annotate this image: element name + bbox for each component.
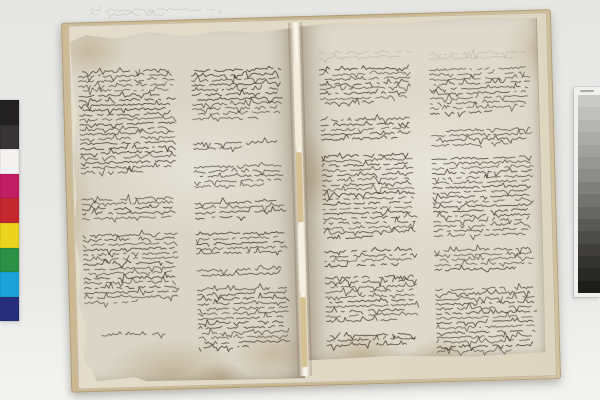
script-line (330, 330, 415, 341)
grayscale-step (578, 207, 600, 219)
grayscale-step-wedge (578, 95, 600, 293)
script-line (436, 301, 531, 313)
text-paragraph (319, 64, 414, 107)
script-line (81, 160, 176, 166)
script-line (434, 227, 528, 234)
script-line (327, 234, 372, 239)
script-line (102, 330, 169, 339)
script-line (431, 140, 512, 149)
script-line (192, 79, 281, 89)
grayscale-step (578, 244, 600, 256)
script-line (326, 292, 415, 301)
script-line (324, 216, 416, 225)
script-line (80, 116, 176, 124)
script-line (197, 265, 286, 276)
script-line (198, 292, 290, 303)
left-page-column-1 (78, 66, 187, 343)
script-line (326, 311, 418, 317)
script-line (321, 130, 410, 136)
script-line (78, 72, 171, 82)
grayscale-step (578, 281, 600, 293)
script-line (195, 216, 249, 222)
script-line (84, 286, 179, 297)
script-line (436, 289, 530, 300)
script-line (80, 121, 175, 128)
text-paragraph (83, 229, 180, 308)
script-line (432, 167, 532, 179)
script-line (83, 229, 177, 239)
script-line (196, 241, 284, 247)
grayscale-step (578, 145, 600, 157)
script-line (431, 111, 493, 118)
script-line (325, 259, 403, 267)
script-line (192, 84, 278, 93)
script-line (83, 247, 178, 256)
script-line (436, 308, 537, 315)
script-line (429, 66, 530, 71)
script-line (79, 76, 174, 84)
grayscale-step (578, 132, 600, 144)
script-line (323, 196, 413, 201)
script-line (85, 299, 138, 308)
script-line (321, 127, 409, 135)
script-line (82, 216, 171, 224)
script-line (437, 329, 535, 336)
script-line (430, 91, 528, 102)
color-patch (0, 125, 19, 150)
script-line (81, 168, 143, 177)
script-line (200, 171, 283, 178)
script-line (199, 333, 288, 341)
script-line (437, 210, 530, 220)
script-line (82, 207, 175, 217)
script-line (193, 137, 281, 148)
script-line (325, 276, 416, 288)
color-patch (0, 248, 19, 273)
script-line (80, 128, 173, 136)
showthrough-lines (429, 48, 526, 61)
script-line (196, 247, 281, 258)
script-line (194, 147, 242, 153)
grayscale-step (578, 268, 600, 280)
text-paragraph (432, 155, 536, 240)
script-line (437, 342, 533, 352)
script-line (319, 53, 403, 63)
script-line (195, 66, 281, 74)
text-paragraph (193, 137, 281, 153)
text-paragraph (321, 114, 410, 141)
left-page-column-2 (191, 65, 295, 355)
script-line (323, 212, 417, 221)
script-line (79, 91, 169, 101)
script-line (194, 167, 280, 177)
text-paragraph (191, 66, 282, 122)
script-line (433, 191, 529, 202)
manuscript-spread (53, 0, 564, 400)
script-line (322, 151, 412, 161)
script-line (432, 159, 531, 167)
script-line (199, 344, 249, 353)
grayscale-step (578, 182, 600, 194)
grayscale-step (578, 107, 600, 119)
color-patch (0, 297, 19, 322)
text-paragraph (197, 265, 286, 277)
text-paragraph (435, 283, 538, 356)
color-calibration-strip (0, 100, 19, 321)
script-line (196, 229, 284, 237)
color-patch (0, 100, 19, 125)
script-line (193, 113, 258, 122)
script-line (84, 258, 174, 269)
script-line (436, 317, 538, 327)
grayscale-step (578, 120, 600, 132)
text-paragraph (78, 66, 178, 177)
script-line (322, 160, 408, 167)
script-line (433, 197, 531, 205)
text-paragraph (196, 229, 287, 257)
grayscale-step (578, 231, 600, 243)
text-paragraph (82, 193, 176, 223)
script-line (83, 85, 168, 95)
text-paragraph (434, 243, 535, 273)
text-paragraph (324, 246, 417, 267)
script-line (436, 293, 535, 305)
color-patch (0, 149, 19, 174)
text-paragraph (327, 330, 416, 350)
script-line (327, 340, 407, 351)
script-line (330, 297, 418, 304)
grayscale-step (578, 169, 600, 181)
script-line (198, 95, 283, 105)
color-patch (0, 223, 19, 248)
grayscale-wedge-card (574, 87, 600, 297)
script-line (205, 339, 290, 345)
script-line (83, 107, 171, 114)
grayscale-step (578, 157, 600, 169)
script-line (323, 180, 412, 188)
script-line (432, 173, 533, 183)
script-line (194, 178, 284, 185)
script-line (196, 236, 282, 244)
color-patch (0, 198, 19, 223)
script-line (324, 222, 415, 232)
text-paragraph (322, 151, 420, 239)
grayscale-step (578, 95, 600, 107)
catchword-line (102, 330, 169, 339)
script-line (326, 301, 419, 310)
script-line (197, 283, 286, 292)
script-line (81, 162, 171, 173)
script-line (434, 231, 525, 241)
script-line (195, 196, 281, 207)
script-line (83, 242, 177, 249)
script-line (435, 264, 521, 273)
right-page-column-1 (319, 47, 425, 353)
script-line (324, 246, 412, 255)
text-paragraph (431, 127, 532, 149)
manuscript-text (53, 0, 564, 400)
script-line (322, 175, 409, 186)
script-line (435, 283, 533, 293)
script-line (433, 178, 530, 184)
grayscale-step (578, 219, 600, 231)
script-line (440, 253, 534, 263)
script-line (320, 88, 411, 97)
showthrough-lines (319, 49, 412, 63)
script-line (194, 162, 286, 170)
script-line (321, 120, 410, 128)
script-line (323, 199, 416, 205)
grayscale-step (578, 256, 600, 268)
script-line (434, 243, 535, 256)
text-paragraph (194, 162, 286, 189)
script-line (84, 272, 175, 284)
right-page-column-2 (429, 48, 544, 359)
script-line (319, 49, 412, 55)
color-patch (0, 272, 19, 297)
script-line (322, 170, 413, 179)
script-line (198, 306, 288, 314)
text-paragraph (197, 283, 290, 352)
text-paragraph (429, 66, 531, 118)
script-line (323, 206, 412, 212)
text-paragraph (195, 196, 286, 222)
wedge-label-mark (580, 90, 594, 93)
script-line (437, 345, 511, 356)
script-line (323, 209, 415, 217)
script-line (326, 315, 401, 323)
script-line (198, 308, 288, 317)
text-paragraph (325, 274, 419, 322)
color-patch (0, 174, 19, 199)
grayscale-step (578, 194, 600, 206)
